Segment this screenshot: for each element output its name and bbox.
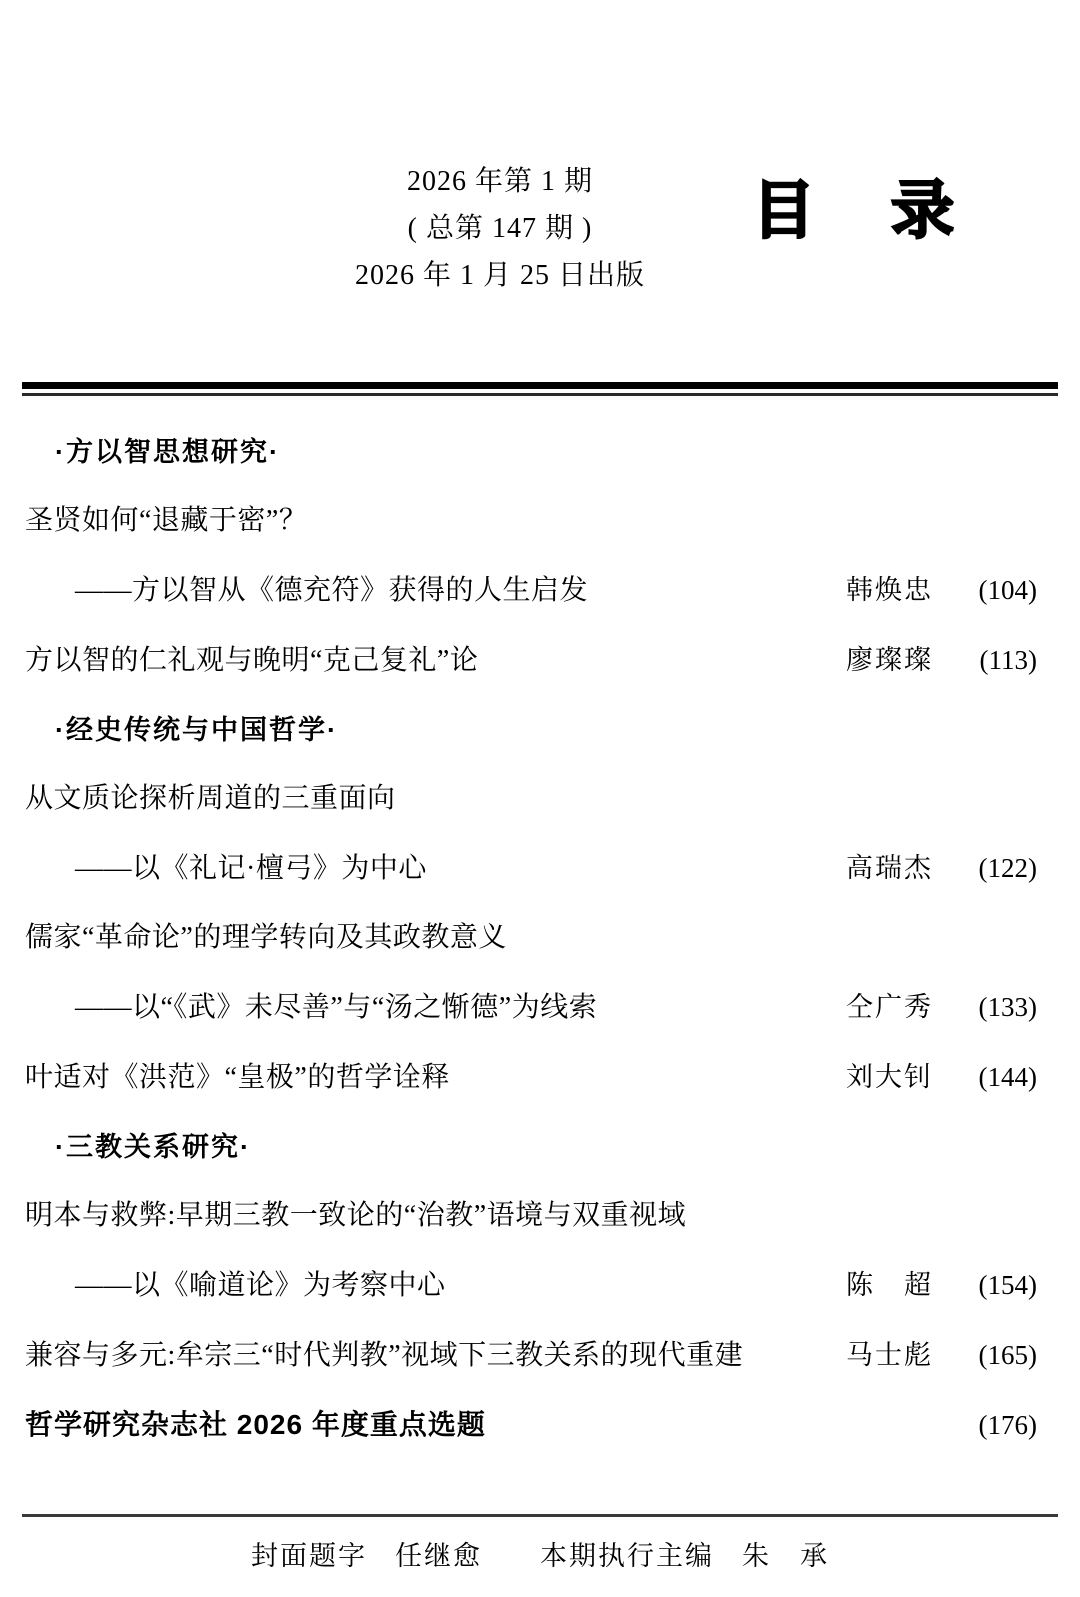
author-page-group: 仝广秀(133) bbox=[846, 987, 1037, 1027]
author-name: 廖璨璨 bbox=[846, 640, 933, 680]
section-heading: ·经史传统与中国哲学· bbox=[25, 710, 1037, 750]
page-number: (133) bbox=[947, 987, 1037, 1027]
toc-row: 叶适对《洪范》“皇极”的哲学诠释刘大钊(144) bbox=[25, 1057, 1037, 1098]
page-number: (122) bbox=[947, 848, 1037, 888]
toc-row: 兼容与多元:牟宗三“时代判教”视域下三教关系的现代重建马士彪(165) bbox=[25, 1335, 1037, 1376]
toc-row: ——以“《武》未尽善”与“汤之惭德”为线索仝广秀(133) bbox=[25, 987, 1037, 1028]
article-title: 明本与救弊:早期三教一致论的“治教”语境与双重视域 bbox=[25, 1196, 686, 1236]
toc-row: 圣贤如何“退藏于密”？ bbox=[25, 501, 1037, 541]
page-number: (154) bbox=[947, 1265, 1037, 1305]
cover-calligraphy-label: 封面题字 bbox=[251, 1534, 367, 1573]
article-title: 儒家“革命论”的理学转向及其政教意义 bbox=[25, 918, 507, 958]
issue-number-line: 2026 年第 1 期 bbox=[255, 158, 745, 205]
toc-list: ·方以智思想研究·圣贤如何“退藏于密”？——方以智从《德充符》获得的人生启发韩焕… bbox=[25, 432, 1037, 1445]
executive-editor-label: 本期执行主编 bbox=[540, 1534, 714, 1573]
author-page-group: 马士彪(165) bbox=[846, 1335, 1037, 1375]
article-title: ——方以智从《德充符》获得的人生启发 bbox=[25, 571, 588, 611]
article-title: ——以《礼记·檀弓》为中心 bbox=[25, 849, 427, 889]
author-page-group: 韩焕忠(104) bbox=[846, 570, 1037, 610]
author-name: 陈 超 bbox=[846, 1265, 933, 1305]
toc-row: ——以《礼记·檀弓》为中心高瑞杰(122) bbox=[25, 848, 1037, 889]
title-char-mu: 目 bbox=[752, 180, 815, 243]
issue-info: 2026 年第 1 期 ( 总第 147 期 ) 2026 年 1 月 25 日… bbox=[255, 158, 745, 299]
section-heading: ·三教关系研究· bbox=[25, 1127, 1037, 1167]
author-name: 高瑞杰 bbox=[846, 848, 933, 888]
executive-editor-name: 朱 承 bbox=[742, 1534, 829, 1573]
toc-row: 明本与救弊:早期三教一致论的“治教”语境与双重视域 bbox=[25, 1196, 1037, 1236]
toc-row: ——方以智从《德充符》获得的人生启发韩焕忠(104) bbox=[25, 570, 1037, 611]
section-heading-label: ·方以智思想研究· bbox=[25, 432, 280, 472]
article-title: 叶适对《洪范》“皇极”的哲学诠释 bbox=[25, 1058, 450, 1098]
toc-row: 方以智的仁礼观与晚明“克己复礼”论廖璨璨(113) bbox=[25, 640, 1037, 681]
article-title: ——以《喻道论》为考察中心 bbox=[25, 1266, 446, 1306]
section-heading-label: ·三教关系研究· bbox=[25, 1127, 251, 1167]
article-title: 哲学研究杂志社 2026 年度重点选题 bbox=[25, 1405, 486, 1445]
toc-row: 从文质论探析周道的三重面向 bbox=[25, 779, 1037, 819]
author-page-group: 陈 超(154) bbox=[846, 1265, 1037, 1305]
page-number: (165) bbox=[947, 1335, 1037, 1375]
author-name: 马士彪 bbox=[846, 1335, 933, 1375]
divider-thick-line bbox=[22, 382, 1058, 389]
cumulative-issue-line: ( 总第 147 期 ) bbox=[255, 205, 745, 252]
footer-divider bbox=[22, 1514, 1058, 1517]
article-title: 方以智的仁礼观与晚明“克己复礼”论 bbox=[25, 641, 478, 681]
title-char-lu: 录 bbox=[891, 180, 954, 243]
article-title: 圣贤如何“退藏于密”？ bbox=[25, 501, 307, 541]
header-divider bbox=[22, 382, 1058, 396]
divider-thin-line bbox=[22, 393, 1058, 396]
page-title: 目 录 bbox=[752, 180, 954, 243]
toc-row: 儒家“革命论”的理学转向及其政教意义 bbox=[25, 918, 1037, 958]
article-title: 兼容与多元:牟宗三“时代判教”视域下三教关系的现代重建 bbox=[25, 1336, 743, 1376]
toc-row: ——以《喻道论》为考察中心陈 超(154) bbox=[25, 1265, 1037, 1306]
author-page-group: 高瑞杰(122) bbox=[846, 848, 1037, 888]
author-page-group: 廖璨璨(113) bbox=[846, 640, 1037, 680]
page-footer: 封面题字 任继愈 本期执行主编 朱 承 bbox=[0, 1514, 1080, 1573]
page-number: (104) bbox=[947, 570, 1037, 610]
author-page-group: (176) bbox=[947, 1405, 1037, 1445]
toc-row: 哲学研究杂志社 2026 年度重点选题(176) bbox=[25, 1405, 1037, 1445]
page-number: (113) bbox=[947, 640, 1037, 680]
article-title: 从文质论探析周道的三重面向 bbox=[25, 779, 396, 819]
article-title: ——以“《武》未尽善”与“汤之惭德”为线索 bbox=[25, 988, 597, 1028]
cover-calligraphy-name: 任继愈 bbox=[395, 1534, 482, 1573]
section-heading: ·方以智思想研究· bbox=[25, 432, 1037, 472]
page-header: 2026 年第 1 期 ( 总第 147 期 ) 2026 年 1 月 25 日… bbox=[0, 0, 1080, 382]
author-page-group: 刘大钊(144) bbox=[846, 1057, 1037, 1097]
publish-date-line: 2026 年 1 月 25 日出版 bbox=[255, 252, 745, 299]
page-number: (144) bbox=[947, 1057, 1037, 1097]
author-name: 仝广秀 bbox=[846, 987, 933, 1027]
author-name: 刘大钊 bbox=[846, 1057, 933, 1097]
section-heading-label: ·经史传统与中国哲学· bbox=[25, 710, 338, 750]
author-name: 韩焕忠 bbox=[846, 570, 933, 610]
page-number: (176) bbox=[947, 1405, 1037, 1445]
footer-credits: 封面题字 任继愈 本期执行主编 朱 承 bbox=[0, 1534, 1080, 1573]
